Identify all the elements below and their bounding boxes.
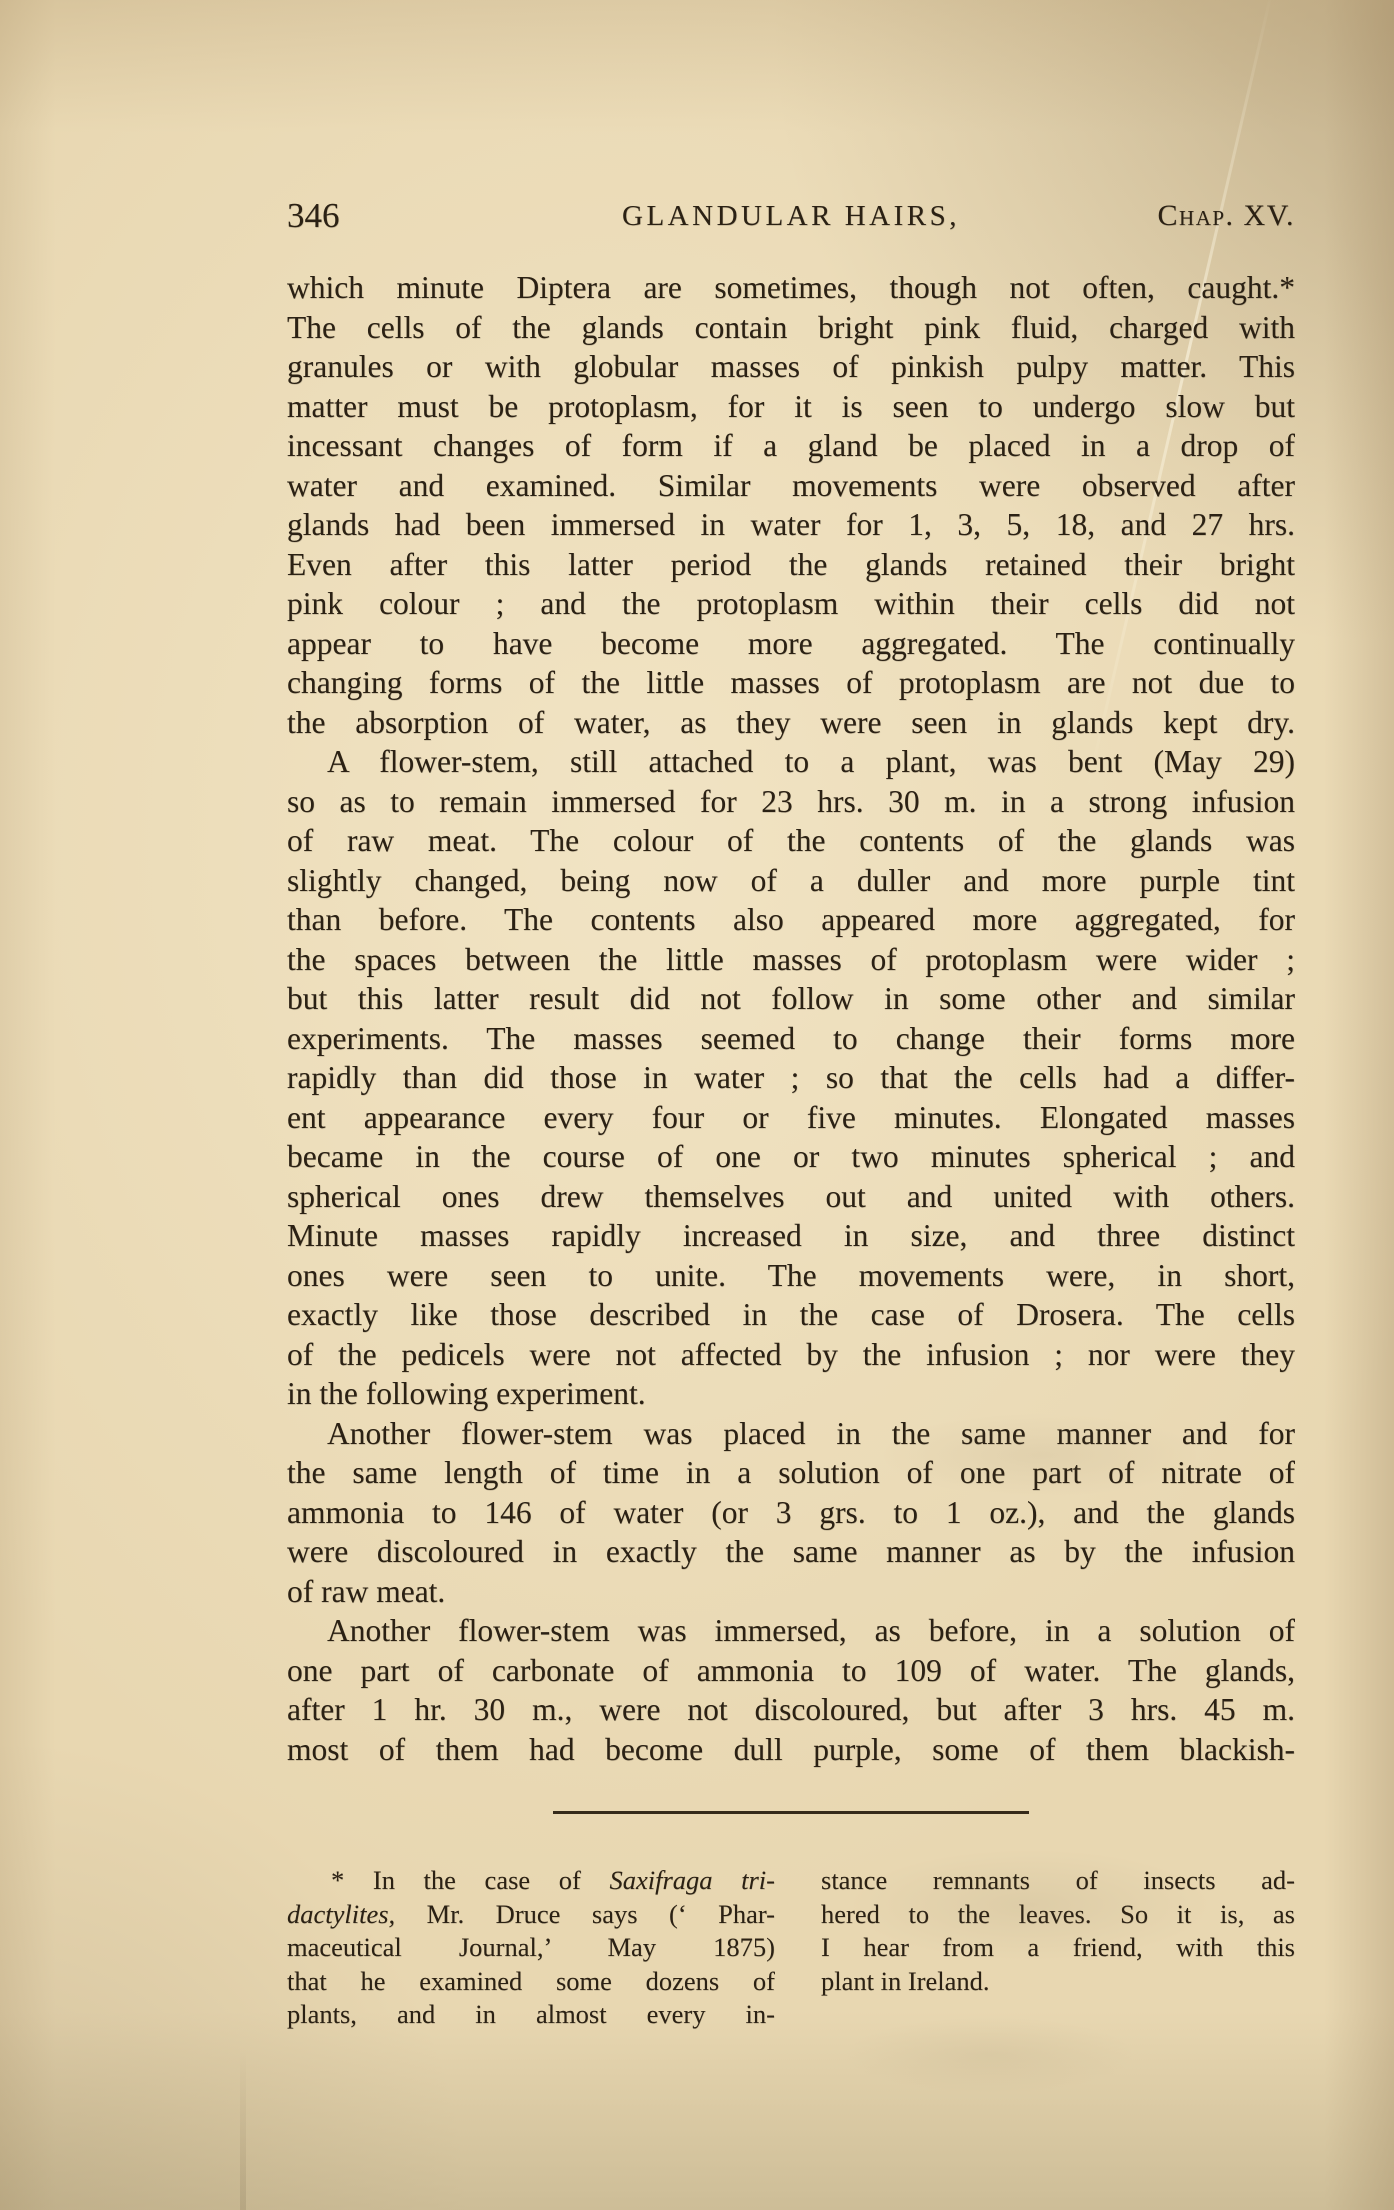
- running-title: GLANDULAR HAIRS,: [622, 194, 960, 238]
- text-line: became in the course of one or two minut…: [287, 1137, 1295, 1177]
- text-line: A flower-stem, still attached to a plant…: [287, 742, 1295, 782]
- text-line: glands had been immersed in water for 1,…: [287, 505, 1295, 545]
- page-crease-bottom-left: [240, 2050, 246, 2210]
- text-line: Another flower-stem was placed in the sa…: [287, 1414, 1295, 1454]
- text-line: pink colour ; and the protoplasm within …: [287, 584, 1295, 624]
- footnote-line: plant in Ireland.: [821, 1965, 1295, 1999]
- text-line: spherical ones drew themselves out and u…: [287, 1177, 1295, 1217]
- text-line: Minute masses rapidly increased in size,…: [287, 1216, 1295, 1256]
- text-line: slightly changed, being now of a duller …: [287, 861, 1295, 901]
- body-text: which minute Diptera are sometimes, thou…: [287, 268, 1295, 1769]
- text-line: exactly like those described in the case…: [287, 1295, 1295, 1335]
- chapter-label: Chap. XV.: [1158, 194, 1295, 238]
- text-line: experiments. The masses seemed to change…: [287, 1019, 1295, 1059]
- footnote-line: plants, and in almost every in-: [287, 1998, 775, 2032]
- footnote-line: that he examined some dozens of: [287, 1965, 775, 1999]
- page-header: 346 GLANDULAR HAIRS, Chap. XV.: [287, 194, 1295, 238]
- text-line: were discoloured in exactly the same man…: [287, 1532, 1295, 1572]
- footnote-line: hered to the leaves. So it is, as: [821, 1898, 1295, 1932]
- text-line: ammonia to 146 of water (or 3 grs. to 1 …: [287, 1493, 1295, 1533]
- footnote-separator: [553, 1811, 1029, 1814]
- text-line: appear to have become more aggregated. T…: [287, 624, 1295, 664]
- text-line: of the pedicels were not affected by the…: [287, 1335, 1295, 1375]
- book-page: 346 GLANDULAR HAIRS, Chap. XV. which min…: [0, 0, 1394, 2210]
- text-line: after 1 hr. 30 m., were not discoloured,…: [287, 1690, 1295, 1730]
- footnote-line: * In the case of Saxifraga tri-: [287, 1864, 775, 1898]
- footnote-line: I hear from a friend, with this: [821, 1931, 1295, 1965]
- footnote-line: maceutical Journal,’ May 1875): [287, 1931, 775, 1965]
- text-line: in the following experiment.: [287, 1374, 1295, 1414]
- text-line: one part of carbonate of ammonia to 109 …: [287, 1651, 1295, 1691]
- text-line: of raw meat. The colour of the contents …: [287, 821, 1295, 861]
- footnote: * In the case of Saxifraga tri-dactylite…: [287, 1864, 1295, 2032]
- text-line: of raw meat.: [287, 1572, 1295, 1612]
- text-line: the same length of time in a solution of…: [287, 1453, 1295, 1493]
- page-number: 346: [287, 194, 340, 238]
- text-line: The cells of the glands contain bright p…: [287, 308, 1295, 348]
- text-line: ones were seen to unite. The movements w…: [287, 1256, 1295, 1296]
- text-line: than before. The contents also appeared …: [287, 900, 1295, 940]
- text-line: the absorption of water, as they were se…: [287, 703, 1295, 743]
- text-line: most of them had become dull purple, som…: [287, 1730, 1295, 1770]
- text-line: changing forms of the little masses of p…: [287, 663, 1295, 703]
- text-line: the spaces between the little masses of …: [287, 940, 1295, 980]
- text-line: rapidly than did those in water ; so tha…: [287, 1058, 1295, 1098]
- text-line: Another flower-stem was immersed, as bef…: [287, 1611, 1295, 1651]
- footnote-column-right: stance remnants of insects ad-hered to t…: [821, 1864, 1295, 2032]
- text-line: so as to remain immersed for 23 hrs. 30 …: [287, 782, 1295, 822]
- footnote-column-left: * In the case of Saxifraga tri-dactylite…: [287, 1864, 775, 2032]
- footnote-line: dactylites, Mr. Druce says (‘ Phar-: [287, 1898, 775, 1932]
- footnote-line: stance remnants of insects ad-: [821, 1864, 1295, 1898]
- text-line: incessant changes of form if a gland be …: [287, 426, 1295, 466]
- text-line: but this latter result did not follow in…: [287, 979, 1295, 1019]
- text-line: Even after this latter period the glands…: [287, 545, 1295, 585]
- text-line: which minute Diptera are sometimes, thou…: [287, 268, 1295, 308]
- page-content: 346 GLANDULAR HAIRS, Chap. XV. which min…: [287, 0, 1295, 2032]
- text-line: water and examined. Similar movements we…: [287, 466, 1295, 506]
- text-line: matter must be protoplasm, for it is see…: [287, 387, 1295, 427]
- text-line: ent appearance every four or five minute…: [287, 1098, 1295, 1138]
- text-line: granules or with globular masses of pink…: [287, 347, 1295, 387]
